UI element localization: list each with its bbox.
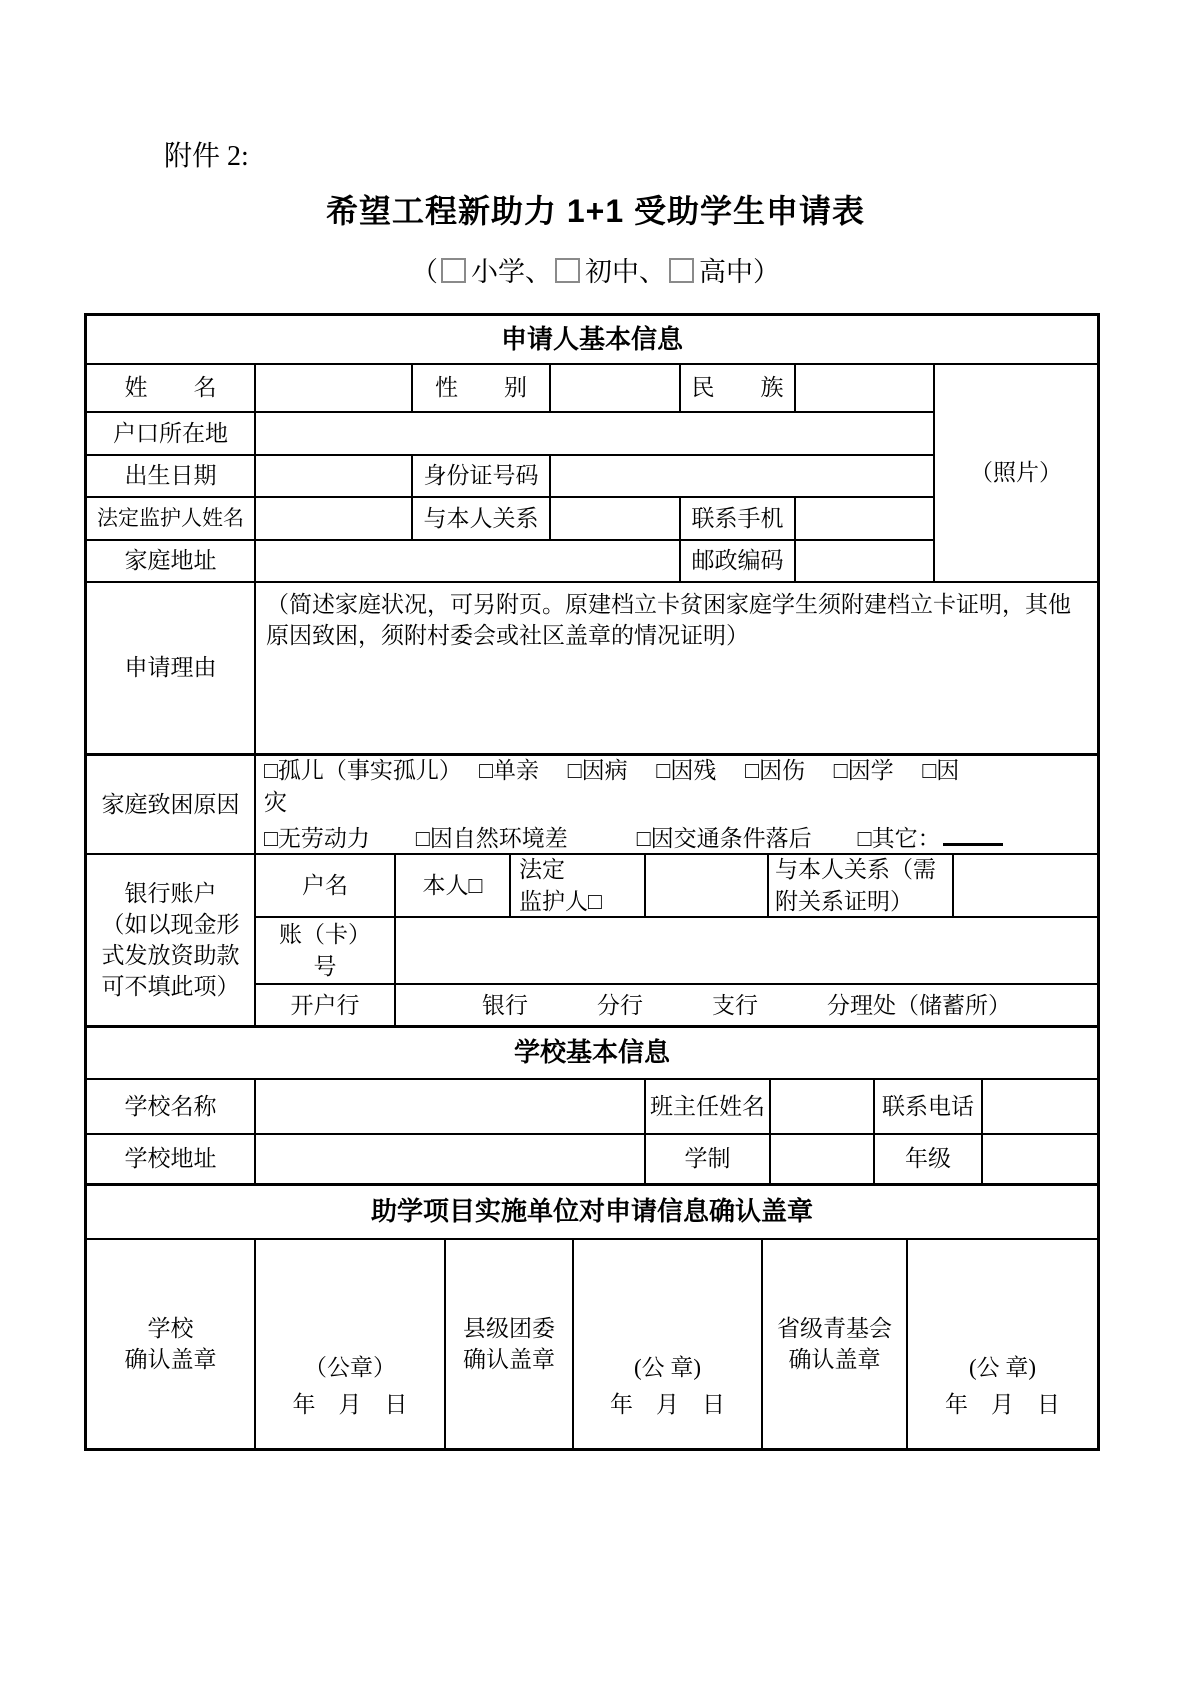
guardian-name-value-cell [256,498,413,539]
photo-placeholder-cell: （照片） [935,365,1097,581]
hukou-value-cell [256,413,935,454]
option-senior-high: 高中 [699,257,753,287]
guardian-relation-value-cell [551,498,681,539]
form-title: 希望工程新助力 1+1 受助学生申请表 [0,186,1191,232]
county-league-confirm-label: 县级团委 确认盖章 [446,1240,574,1448]
grade-value-cell [983,1135,1097,1183]
holder-name-value-cell [646,855,769,916]
county-stamp-cell: (公 章) 年 月 日 [574,1240,763,1448]
row-poverty-causes: 家庭致困原因 □孤儿（事实孤儿） □单亲 □因病 □因残 □因伤 □因学 □因 … [87,756,1097,855]
guardian-relation-label: 与本人关系 [413,498,551,539]
holder-guardian-checkbox-label: 法定 监护人□ [511,855,646,916]
school-stamp-cell: （公章） 年 月 日 [256,1240,446,1448]
application-reason-content-cell: （简述家庭状况，可另附页。原建档立卡贫困家庭学生须附建档立卡证明，其他原因致困，… [256,583,1097,753]
hukou-label: 户口所在地 [87,413,256,454]
section-header-applicant-info: 申请人基本信息 [87,316,1097,365]
checkbox-senior-high [669,258,694,283]
name-value-cell [256,365,413,411]
row-confirmation-stamps: 学校 确认盖章 （公章） 年 月 日 县级团委 确认盖章 (公 章) 年 月 日… [87,1240,1097,1448]
checkbox-primary-school [441,258,466,283]
causes-checkbox-line-1-wrap: 灾 [264,787,1003,819]
row-name: 姓 名 性 别 民 族 [87,365,935,413]
school-address-label: 学校地址 [87,1135,256,1183]
schooling-system-label: 学制 [646,1135,771,1183]
mobile-value-cell [796,498,935,539]
holder-relation-value-cell [954,855,1097,916]
mobile-label: 联系手机 [681,498,796,539]
document-page: 附件 2: 希望工程新助力 1+1 受助学生申请表 （小学、初中、高中） 申请人… [0,0,1191,1684]
province-foundation-confirm-label: 省级青基会 确认盖章 [763,1240,908,1448]
guardian-name-label: 法定监护人姓名 [87,498,256,539]
card-number-value-cell [396,918,1097,983]
school-name-value-cell [256,1080,646,1133]
postal-code-value-cell [796,541,935,581]
attachment-label: 附件 2: [164,134,249,174]
school-phone-label: 联系电话 [875,1080,983,1133]
application-reason-note: （简述家庭状况，可另附页。原建档立卡贫困家庭学生须附建档立卡证明，其他原因致困，… [266,589,1087,651]
school-confirm-stamp-label: 学校 确认盖章 [87,1240,256,1448]
opening-bank-branch-cell: 银行 分行 支行 分理处（储蓄所） [396,985,1097,1026]
row-card-number: 账（卡） 号 [256,918,1097,985]
subtitle-separator-1: 、 [525,257,552,287]
row-application-reason: 申请理由 （简述家庭状况，可另附页。原建档立卡贫困家庭学生须附建档立卡证明，其他… [87,583,1097,756]
row-birth-id: 出生日期 身份证号码 [87,456,935,498]
school-name-label: 学校名称 [87,1080,256,1133]
postal-code-label: 邮政编码 [681,541,796,581]
grade-label: 年级 [875,1135,983,1183]
province-stamp-cell: (公 章) 年 月 日 [908,1240,1097,1448]
section-header-confirmation: 助学项目实施单位对申请信息确认盖章 [87,1186,1097,1240]
home-address-label: 家庭地址 [87,541,256,581]
subtitle-close-paren: ） [753,257,780,287]
id-number-value-cell [551,456,935,496]
home-address-value-cell [256,541,681,581]
ethnicity-label: 民 族 [681,365,796,411]
account-name-label: 户名 [256,855,396,916]
poverty-causes-lines: □孤儿（事实孤儿） □单亲 □因病 □因残 □因伤 □因学 □因 灾 □无劳动力… [256,756,1011,853]
poverty-causes-content-cell: □孤儿（事实孤儿） □单亲 □因病 □因残 □因伤 □因学 □因 灾 □无劳动力… [256,756,1097,853]
row-hukou: 户口所在地 [87,413,935,456]
school-phone-value-cell [983,1080,1097,1133]
subtitle-separator-2: 、 [639,257,666,287]
option-primary-school: 小学 [471,257,525,287]
application-reason-label: 申请理由 [87,583,256,753]
row-school-address: 学校地址 学制 年级 [87,1135,1097,1186]
other-cause-blank-line [943,819,1003,846]
row-home-address: 家庭地址 邮政编码 [87,541,935,581]
school-address-value-cell [256,1135,646,1183]
poverty-causes-label: 家庭致困原因 [87,756,256,853]
applicant-fields: 姓 名 性 别 民 族 户口所在地 出生日期 身份证号码 [87,365,935,581]
causes-checkbox-line-2: □无劳动力 □因自然环境差 □因交通条件落后 □其它： [264,819,1003,854]
row-school-name: 学校名称 班主任姓名 联系电话 [87,1080,1097,1135]
row-account-holder: 户名 本人□ 法定 监护人□ 与本人关系（需 附关系证明） [256,855,1097,918]
application-form-table: 申请人基本信息 姓 名 性 别 民 族 户口所在地 出生日期 [84,313,1100,1451]
card-number-label: 账（卡） 号 [256,918,396,983]
birth-date-label: 出生日期 [87,456,256,496]
id-number-label: 身份证号码 [413,456,551,496]
option-junior-high: 初中 [585,257,639,287]
applicant-info-block: 姓 名 性 别 民 族 户口所在地 出生日期 身份证号码 [87,365,1097,583]
head-teacher-value-cell [771,1080,875,1133]
causes-line-2-text: □无劳动力 □因自然环境差 □因交通条件落后 □其它： [264,826,941,851]
bank-account-fields: 户名 本人□ 法定 监护人□ 与本人关系（需 附关系证明） 账（卡） 号 开户行… [256,855,1097,1025]
checkbox-junior-high [555,258,580,283]
section-header-school-info: 学校基本信息 [87,1028,1097,1080]
school-level-selector: （小学、初中、高中） [0,250,1191,289]
gender-label: 性 别 [413,365,551,411]
holder-self-checkbox-label: 本人□ [396,855,511,916]
row-guardian: 法定监护人姓名 与本人关系 联系手机 [87,498,935,541]
bank-account-block: 银行账户 （如以现金形 式发放资助款 可不填此项） 户名 本人□ 法定 监护人□… [87,855,1097,1028]
head-teacher-label: 班主任姓名 [646,1080,771,1133]
schooling-system-value-cell [771,1135,875,1183]
causes-checkbox-line-1: □孤儿（事实孤儿） □单亲 □因病 □因残 □因伤 □因学 □因 [264,756,1003,787]
row-opening-bank: 开户行 银行 分行 支行 分理处（储蓄所） [256,985,1097,1026]
opening-bank-label: 开户行 [256,985,396,1026]
holder-relation-note-label: 与本人关系（需 附关系证明） [769,855,954,916]
bank-account-label: 银行账户 （如以现金形 式发放资助款 可不填此项） [87,855,256,1025]
name-label: 姓 名 [87,365,256,411]
subtitle-open-paren: （ [411,257,438,287]
gender-value-cell [551,365,681,411]
ethnicity-value-cell [796,365,935,411]
photo-placeholder-label: （照片） [970,457,1062,488]
birth-date-value-cell [256,456,413,496]
